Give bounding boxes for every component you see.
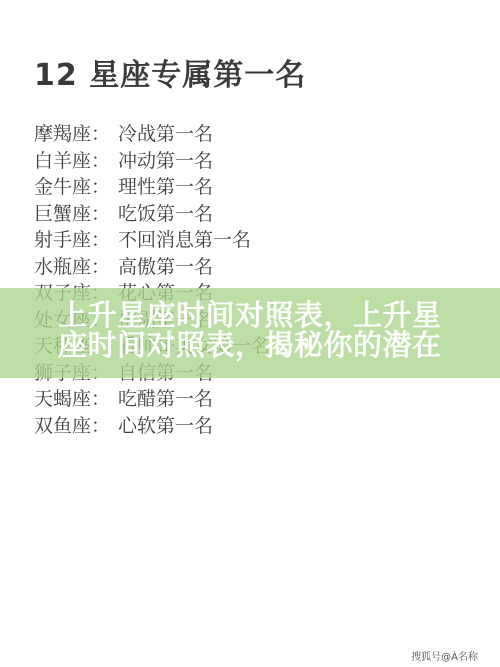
list-item: 水瓶座：高傲第一名	[34, 254, 270, 281]
trait-label: 吃饭第一名	[118, 203, 213, 225]
trait-label: 冷战第一名	[118, 123, 213, 145]
trait-label: 不回消息第一名	[118, 229, 251, 251]
sign-label: 射手座：	[34, 227, 118, 254]
trait-label: 冲动第一名	[118, 150, 213, 172]
list-item: 金牛座：理性第一名	[34, 174, 270, 201]
list-item: 射手座：不回消息第一名	[34, 227, 270, 254]
banner-line-1: 上升星座时间对照表，上升星	[58, 300, 478, 330]
trait-label: 心软第一名	[118, 415, 213, 437]
sign-label: 白羊座：	[34, 148, 118, 175]
list-item: 双鱼座：心软第一名	[34, 413, 270, 440]
sign-label: 巨蟹座：	[34, 201, 118, 228]
list-item: 白羊座：冲动第一名	[34, 148, 270, 175]
zodiac-list: 摩羯座：冷战第一名 白羊座：冲动第一名 金牛座：理性第一名 巨蟹座：吃饭第一名 …	[34, 121, 270, 439]
list-item: 摩羯座：冷战第一名	[34, 121, 270, 148]
sign-label: 双鱼座：	[34, 413, 118, 440]
sign-label: 水瓶座：	[34, 254, 118, 281]
sign-label: 金牛座：	[34, 174, 118, 201]
banner-caption: 上升星座时间对照表，上升星 座时间对照表，揭秘你的潜在	[58, 300, 478, 360]
trait-label: 理性第一名	[118, 176, 213, 198]
trait-label: 高傲第一名	[118, 256, 213, 278]
trait-label: 吃醋第一名	[118, 388, 213, 410]
watermark: 搜狐号@À名称	[411, 648, 478, 663]
list-item: 天蝎座：吃醋第一名	[34, 386, 270, 413]
page-title: 12 星座专属第一名	[34, 50, 306, 94]
sign-label: 摩羯座：	[34, 121, 118, 148]
sign-label: 天蝎座：	[34, 386, 118, 413]
banner-line-2: 座时间对照表，揭秘你的潜在	[58, 330, 478, 360]
list-item: 巨蟹座：吃饭第一名	[34, 201, 270, 228]
